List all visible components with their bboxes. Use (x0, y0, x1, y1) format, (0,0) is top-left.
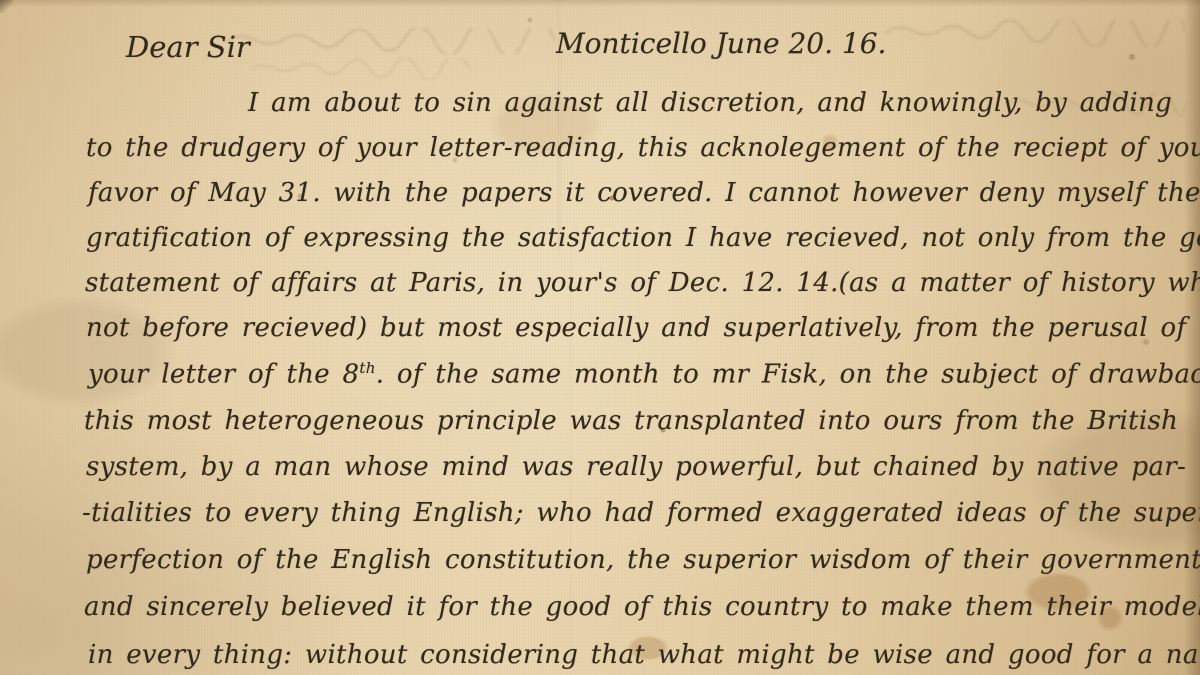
letter-line: system, by a man whose mind was really p… (86, 452, 1186, 482)
letter-line: gratification of expressing the satisfac… (86, 223, 1200, 253)
bleed-through-mark (885, 20, 1185, 51)
letter-line: this most heterogeneous principle was tr… (84, 406, 1178, 436)
salutation: Dear Sir (126, 30, 250, 64)
page-edge-shading-top (0, 0, 1200, 7)
corner-nick (0, 0, 13, 13)
bleed-through-mark (225, 28, 555, 59)
line-text: . of the same month to mr Fisk, on the s… (376, 360, 1200, 390)
letter-line: perfection of the English constitution, … (86, 545, 1200, 575)
letter-line: -tialities to every thing English; who h… (82, 498, 1200, 528)
dateline: Monticello June 20. 16. (556, 27, 886, 60)
letter-line: to the drudgery of your letter-reading, … (86, 133, 1200, 163)
letter-line: your letter of the 8th. of the same mont… (88, 359, 1200, 390)
letter-line: not before recieved) but most especially… (86, 313, 1186, 343)
letter-line: in every thing: without considering that… (88, 640, 1200, 670)
letter-line: favor of May 31. with the papers it cove… (88, 178, 1200, 208)
letter-line: I am about to sin against all discretion… (248, 88, 1172, 118)
line-text: your letter of the 8 (88, 360, 359, 390)
letter-line: and sincerely believed it for the good o… (84, 592, 1200, 622)
bleed-through-mark (250, 58, 470, 85)
letter-page: Dear Sir Monticello June 20. 16. I am ab… (0, 0, 1200, 675)
superscript-ordinal: th (359, 359, 375, 377)
letter-line: statement of affairs at Paris, in your's… (85, 268, 1200, 298)
